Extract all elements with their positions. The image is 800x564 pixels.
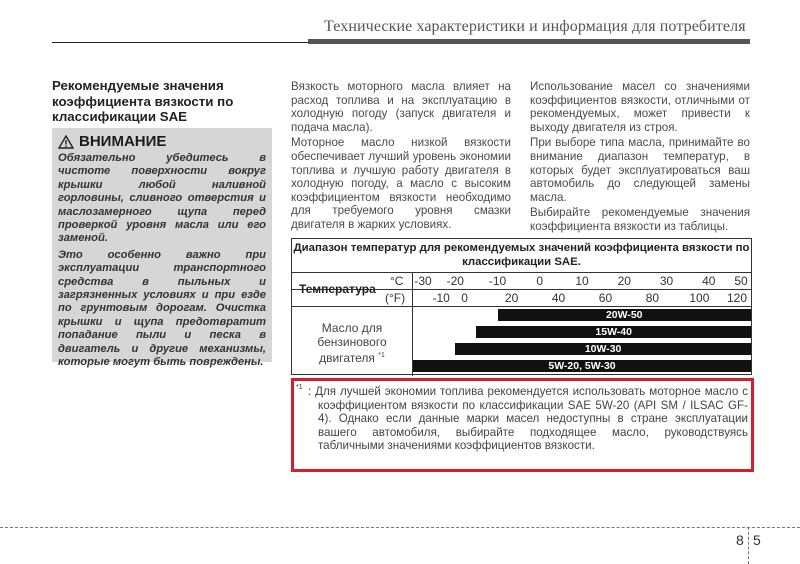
header-bar (308, 39, 750, 44)
paragraph: Моторное масло низкой вязкости обеспечив… (291, 136, 511, 231)
fahrenheit-tick: 40 (552, 291, 565, 305)
celsius-unit: °C (390, 274, 403, 288)
section-number: 8 (736, 532, 744, 548)
viscosity-bar: 10W-30 (455, 343, 751, 355)
warning-box: ВНИМАНИЕ Обязательно убедитесь в чистоте… (52, 128, 272, 362)
warning-paragraph: Обязательно убедитесь в чистоте поверхно… (58, 152, 266, 246)
footnote-highlight-box: *1 : Для лучшей экономии топлива рекомен… (291, 378, 754, 472)
footnote-marker: *1 (296, 384, 303, 391)
fahrenheit-tick: 60 (599, 291, 612, 305)
celsius-tick: -10 (489, 274, 506, 288)
warning-triangle-icon (58, 135, 74, 149)
footnote-marker: *1 (378, 352, 385, 359)
celsius-tick: -20 (447, 274, 464, 288)
fahrenheit-tick: 100 (689, 291, 709, 305)
section-title: Рекомендуемые значения коэффициента вязк… (52, 78, 282, 125)
viscosity-bar: 20W-50 (498, 309, 752, 321)
footer-page-divider (748, 527, 749, 564)
viscosity-temperature-table: Диапазон температур для рекомендуемых зн… (291, 238, 752, 375)
fahrenheit-tick: 20 (505, 291, 518, 305)
celsius-tick: -30 (414, 274, 431, 288)
paragraph: Вязкость моторного масла влияет на расхо… (291, 80, 511, 134)
text-column-1: Вязкость моторного масла влияет на расхо… (291, 80, 511, 234)
fahrenheit-unit: (°F) (385, 291, 405, 305)
celsius-tick: 0 (536, 274, 543, 288)
paragraph: Выбирайте рекомендуемые значения коэффиц… (530, 206, 750, 233)
footnote-text: : Для лучшей экономии топлива рекомендуе… (308, 385, 748, 453)
page-number: 5 (753, 532, 761, 548)
warning-paragraph: Это особенно важно при эксплуатации тран… (58, 249, 266, 370)
footer-dashed-rule (0, 527, 800, 528)
header-rule (52, 42, 310, 43)
fahrenheit-tick: -10 (432, 291, 449, 305)
text-column-2: Использование масел со значениями коэффи… (530, 80, 750, 236)
paragraph: Использование масел со значениями коэффи… (530, 80, 750, 134)
fahrenheit-tick: 0 (461, 291, 468, 305)
celsius-tick: 30 (660, 274, 673, 288)
table-title: Диапазон температур для рекомендуемых зн… (292, 239, 751, 273)
celsius-tick: 50 (734, 274, 747, 288)
celsius-tick: 40 (702, 274, 715, 288)
viscosity-bar: 15W-40 (476, 326, 751, 338)
chapter-title: Технические характеристики и информация … (324, 18, 746, 36)
paragraph: При выборе типа масла, принимайте во вни… (530, 136, 750, 204)
oil-type-label: Масло для бензинового двигателя *1 (292, 321, 412, 365)
temperature-label: Температура (299, 282, 376, 296)
celsius-tick: 20 (618, 274, 631, 288)
viscosity-bar: 5W-20, 5W-30 (413, 360, 751, 372)
celsius-tick: 10 (575, 274, 588, 288)
warning-heading: ВНИМАНИЕ (58, 133, 166, 150)
fahrenheit-tick: 80 (646, 291, 659, 305)
fahrenheit-tick: 120 (727, 291, 747, 305)
warning-text: Обязательно убедитесь в чистоте поверхно… (58, 152, 266, 373)
warning-heading-text: ВНИМАНИЕ (79, 133, 166, 150)
